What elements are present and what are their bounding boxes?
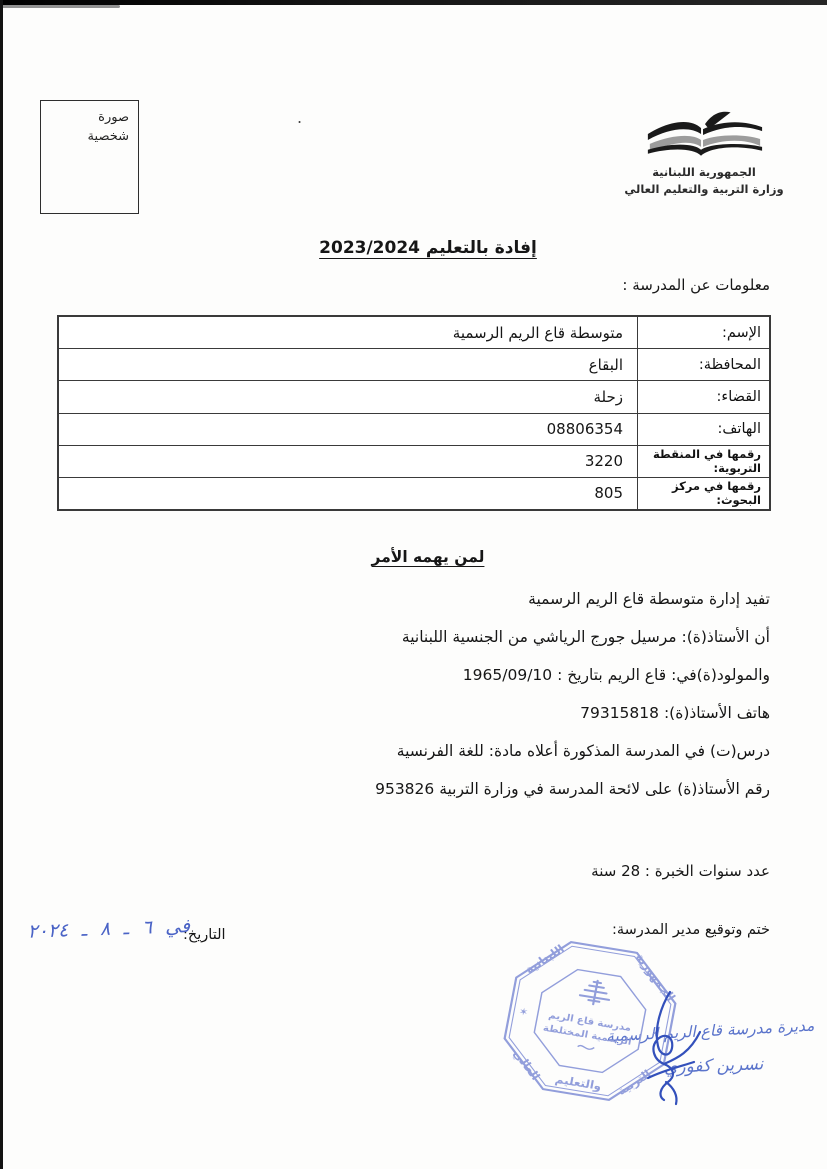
school-info-heading: معلومات عن المدرسة :: [622, 276, 770, 294]
body-line-birth: والمولود(ة)في: قاع الريم بتاريخ : 1965/0…: [463, 666, 770, 684]
stamp-ring-higher: العالي: [510, 1047, 543, 1082]
experience-line: عدد سنوات الخبرة : 28 سنة: [591, 862, 770, 880]
row-value-governorate: البقاع: [59, 349, 637, 380]
row-value-district-number: 3220: [59, 446, 637, 477]
document-title: إفادة بالتعليم 2023/2024: [263, 238, 593, 258]
table-row: الإسم: متوسطة قاع الريم الرسمية: [59, 317, 769, 349]
ministry-header: الجمهورية اللبنانية وزارة التربية والتعل…: [612, 110, 796, 199]
scan-edge-top-smudge: [0, 5, 120, 8]
stray-ink-dot: .: [297, 108, 302, 127]
row-value-district: زحلة: [59, 381, 637, 412]
row-label-name: الإسم:: [637, 317, 769, 348]
row-label-research-center-number: رقمها في مركز البحوث:: [637, 478, 769, 509]
director-signature: [630, 988, 712, 1108]
body-line-teacher-phone: هاتف الأستاذ(ة): 79315818: [580, 704, 770, 722]
stamp-ring-lebanese: اللبنانية: [522, 942, 567, 976]
row-label-governorate: المحافظة:: [637, 349, 769, 380]
ministry-name: وزارة التربية والتعليم العالي: [612, 181, 796, 198]
table-row: المحافظة: البقاع: [59, 349, 769, 381]
stamp-star-left-icon: ✶: [518, 1005, 529, 1019]
subject-heading: لمن يهمه الأمر: [263, 548, 593, 566]
photo-box-label-line2: شخصية: [50, 128, 129, 147]
personal-photo-box: صورة شخصية: [40, 100, 139, 214]
handwritten-date: في ٦ ـ ٨ ـ ٢٠٢٤: [20, 915, 191, 943]
school-info-table: الإسم: متوسطة قاع الريم الرسمية المحافظة…: [57, 315, 771, 511]
scan-edge-left: [0, 0, 3, 1169]
row-value-phone: 08806354: [59, 414, 637, 445]
body-line-subject-taught: درس(ت) في المدرسة المذكورة أعلاه مادة: ل…: [397, 742, 770, 760]
table-row: رقمها في المنقطة التربوية: 3220: [59, 446, 769, 478]
cedar-tree-icon: [579, 978, 612, 1006]
republic-name: الجمهورية اللبنانية: [612, 164, 796, 181]
table-row: القضاء: زحلة: [59, 381, 769, 413]
open-book-logo-icon: [640, 110, 768, 162]
table-row: الهاتف: 08806354: [59, 414, 769, 446]
document-title-text: إفادة بالتعليم 2023/2024: [319, 238, 537, 258]
body-line-teacher-name: أن الأستاذ(ة): مرسيل جورج الرياشي من الج…: [402, 628, 770, 646]
row-label-phone: الهاتف:: [637, 414, 769, 445]
row-label-district: القضاء:: [637, 381, 769, 412]
scan-edge-top: [0, 0, 827, 5]
subject-heading-text: لمن يهمه الأمر: [372, 548, 485, 566]
row-label-district-number: رقمها في المنقطة التربوية:: [637, 446, 769, 477]
body-line-certify: تفيد إدارة متوسطة قاع الريم الرسمية: [528, 590, 770, 608]
row-value-research-center-number: 805: [59, 478, 637, 509]
body-line-ministry-number: رقم الأستاذ(ة) على لائحة المدرسة في وزار…: [375, 780, 770, 798]
table-row: رقمها في مركز البحوث: 805: [59, 478, 769, 509]
scanned-document-page: صورة شخصية الجمهورية اللبنانية وزارة الت…: [0, 0, 827, 1169]
stamp-center-flourish: [578, 1045, 595, 1050]
photo-box-label-line1: صورة: [50, 109, 129, 128]
row-value-name: متوسطة قاع الريم الرسمية: [59, 317, 637, 348]
